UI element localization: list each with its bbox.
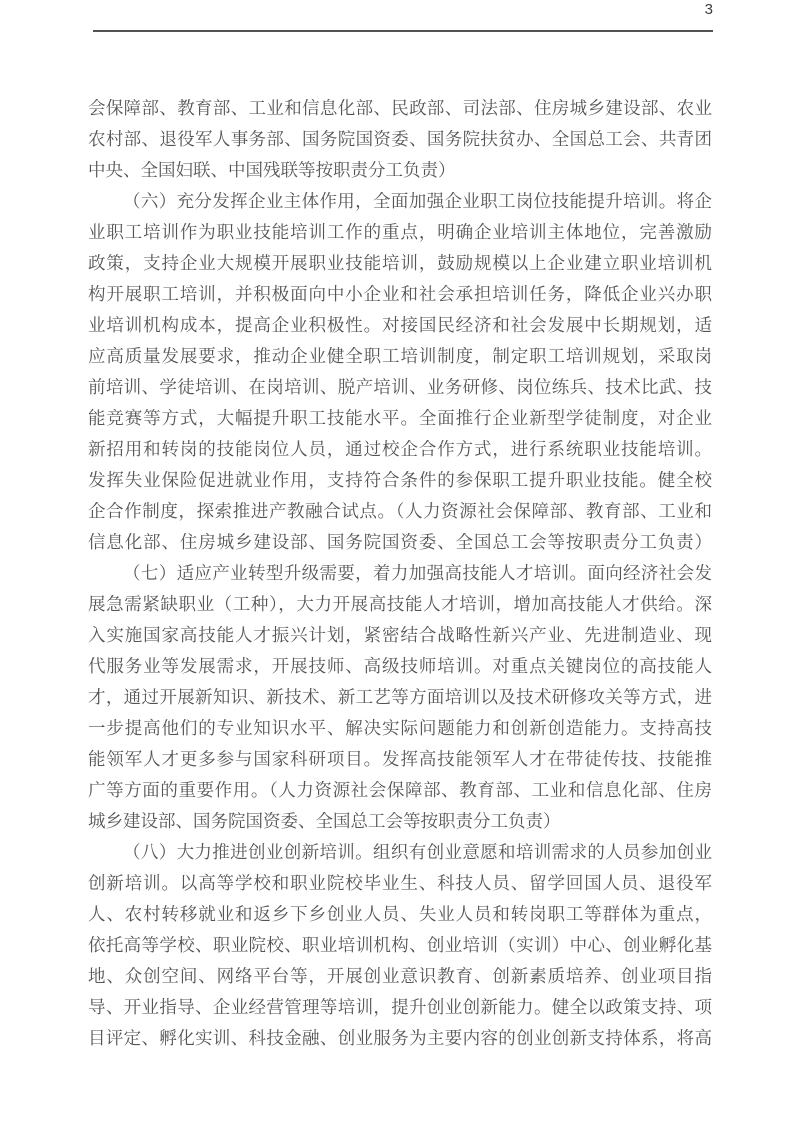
document-line: 才，通过开展新知识、新技术、新工艺等方面培训以及技术研修攻关等方式，进 <box>88 682 712 713</box>
document-line: 依托高等学校、职业院校、职业培训机构、创业培训（实训）中心、创业孵化基 <box>88 930 712 961</box>
document-line: 能领军人才更多参与国家科研项目。发挥高技能领军人才在带徒传技、技能推 <box>88 744 712 775</box>
document-line: 目评定、孵化实训、科技金融、创业服务为主要内容的创业创新支持体系，将高 <box>88 1023 712 1054</box>
document-line: 代服务业等发展需求，开展技师、高级技师培训。对重点关键岗位的高技能人 <box>88 651 712 682</box>
document-line: 业培训机构成本，提高企业积极性。对接国民经济和社会发展中长期规划，适 <box>88 310 712 341</box>
document-line: 城乡建设部、国务院国资委、全国总工会等按职责分工负责） <box>88 806 712 837</box>
document-body: 会保障部、教育部、工业和信息化部、民政部、司法部、住房城乡建设部、农业农村部、退… <box>88 93 712 1054</box>
document-line: 创新培训。以高等学校和职业院校毕业生、科技人员、留学回国人员、退役军 <box>88 868 712 899</box>
document-line: 农村部、退役军人事务部、国务院国资委、国务院扶贫办、全国总工会、共青团 <box>88 124 712 155</box>
document-line: 信息化部、住房城乡建设部、国务院国资委、全国总工会等按职责分工负责） <box>88 527 712 558</box>
document-line: 入实施国家高技能人才振兴计划，紧密结合战略性新兴产业、先进制造业、现 <box>88 620 712 651</box>
document-line: 能竞赛等方式，大幅提升职工技能水平。全面推行企业新型学徒制度，对企业 <box>88 403 712 434</box>
document-line: 构开展职工培训，并积极面向中小企业和社会承担培训任务，降低企业兴办职 <box>88 279 712 310</box>
document-line: 广等方面的重要作用。（人力资源社会保障部、教育部、工业和信息化部、住房 <box>88 775 712 806</box>
document-line: 应高质量发展要求，推动企业健全职工培训制度，制定职工培训规划，采取岗 <box>88 341 712 372</box>
document-line: 企合作制度，探索推进产教融合试点。（人力资源社会保障部、教育部、工业和 <box>88 496 712 527</box>
document-line: （七）适应产业转型升级需要，着力加强高技能人才培训。面向经济社会发 <box>88 558 712 589</box>
document-line: 业职工培训作为职业技能培训工作的重点，明确企业培训主体地位，完善激励 <box>88 217 712 248</box>
document-line: 地、众创空间、网络平台等，开展创业意识教育、创新素质培养、创业项目指 <box>88 961 712 992</box>
document-line: 展急需紧缺职业（工种），大力开展高技能人才培训，增加高技能人才供给。深 <box>88 589 712 620</box>
document-line: 人、农村转移就业和返乡下乡创业人员、失业人员和转岗职工等群体为重点， <box>88 899 712 930</box>
document-line: 中央、全国妇联、中国残联等按职责分工负责） <box>88 155 712 186</box>
document-line: （六）充分发挥企业主体作用，全面加强企业职工岗位技能提升培训。将企 <box>88 186 712 217</box>
document-line: 发挥失业保险促进就业作用，支持符合条件的参保职工提升职业技能。健全校 <box>88 465 712 496</box>
page-number: 3 <box>88 2 713 17</box>
document-line: 一步提高他们的专业知识水平、解决实际问题能力和创新创造能力。支持高技 <box>88 713 712 744</box>
document-line: 新招用和转岗的技能岗位人员，通过校企合作方式，进行系统职业技能培训。 <box>88 434 712 465</box>
document-line: 会保障部、教育部、工业和信息化部、民政部、司法部、住房城乡建设部、农业 <box>88 93 712 124</box>
document-line: 导、开业指导、企业经营管理等培训，提升创业创新能力。健全以政策支持、项 <box>88 992 712 1023</box>
document-page: 3 会保障部、教育部、工业和信息化部、民政部、司法部、住房城乡建设部、农业农村部… <box>0 0 793 1122</box>
header-rule <box>93 30 713 32</box>
document-line: （八）大力推进创业创新培训。组织有创业意愿和培训需求的人员参加创业 <box>88 837 712 868</box>
document-line: 前培训、学徒培训、在岗培训、脱产培训、业务研修、岗位练兵、技术比武、技 <box>88 372 712 403</box>
document-line: 政策，支持企业大规模开展职业技能培训，鼓励规模以上企业建立职业培训机 <box>88 248 712 279</box>
